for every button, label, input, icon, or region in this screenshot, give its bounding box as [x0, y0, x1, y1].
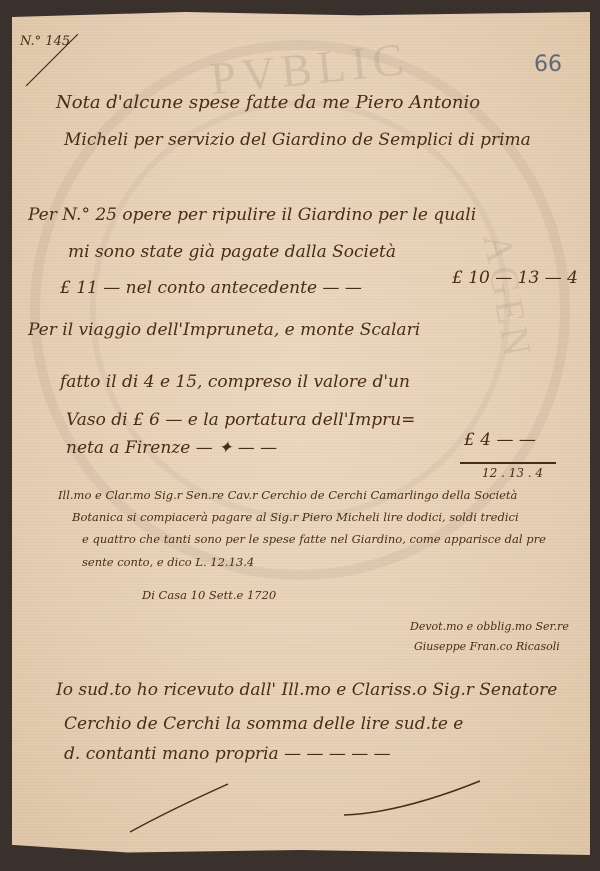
receipt-line-3: d. contanti mano propria — — — — — [64, 744, 391, 764]
order-line-4: sente conto, e dico L. 12.13.4 [82, 555, 254, 569]
receipt-line-1: Io sud.to ho ricevuto dall' Ill.mo e Cla… [56, 680, 557, 700]
entry2-line-4: neta a Firenze — ✦ — — [66, 438, 277, 458]
signature-line-1: Devot.mo e obblig.mo Ser.re [410, 620, 569, 633]
entry2-total: 12 . 13 . 4 [482, 466, 543, 480]
order-date-line: Di Casa 10 Sett.e 1720 [142, 588, 276, 602]
page-number: 66 [534, 52, 562, 77]
entry2-line-3: Vaso di £ 6 — e la portatura dell'Impru= [66, 410, 415, 430]
order-line-2: Botanica si compiacerà pagare al Sig.r P… [72, 510, 519, 524]
title-line-1: Nota d'alcune spese fatte da me Piero An… [56, 92, 480, 113]
closing-flourish-right [340, 775, 490, 820]
order-line-1: Ill.mo e Clar.mo Sig.r Sen.re Cav.r Cerc… [58, 488, 517, 502]
entry2-line-2: fatto il di 4 e 15, compreso il valore d… [60, 372, 410, 392]
title-line-2: Micheli per servizio del Giardino de Sem… [64, 130, 531, 150]
order-line-3: e quattro che tanti sono per le spese fa… [82, 532, 546, 546]
entry1-amount: £ 10 — 13 — 4 [452, 268, 578, 288]
item-number-slash [22, 30, 82, 90]
entry1-line-2: mi sono state già pagate dalla Società [68, 242, 396, 262]
signature-line-2: Giuseppe Fran.co Ricasoli [414, 640, 560, 653]
closing-flourish-left [120, 780, 240, 840]
entry2-line-1: Per il viaggio dell'Impruneta, e monte S… [28, 320, 420, 340]
receipt-line-2: Cerchio de Cerchi la somma delle lire su… [64, 714, 463, 734]
entry1-line-3: £ 11 — nel conto antecedente — — [60, 278, 362, 298]
total-rule [460, 462, 556, 464]
entry1-line-1: Per N.° 25 opere per ripulire il Giardin… [28, 205, 476, 225]
entry2-amount: £ 4 — — [464, 430, 536, 450]
